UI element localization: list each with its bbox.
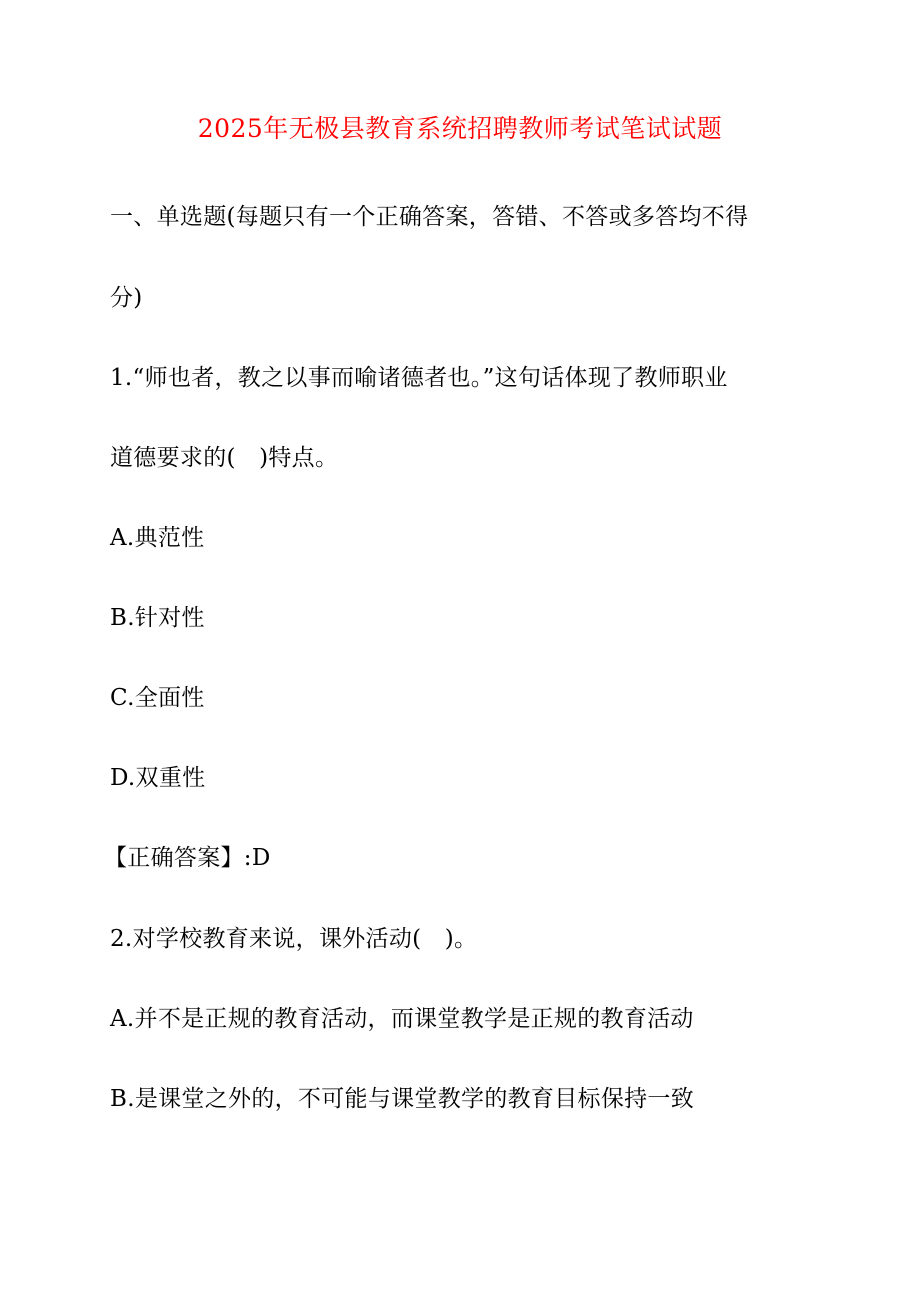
question-2-option-b: B.是课堂之外的，不可能与课堂教学的教育目标保持一致 xyxy=(110,1084,694,1114)
question-1-stem-line2: 道德要求的( )特点。 xyxy=(110,443,338,473)
question-1-stem-line1: 1.“师也者，教之以事而喻诸德者也。”这句话体现了教师职业 xyxy=(110,363,728,393)
question-1-answer: 【正确答案】:D xyxy=(104,843,271,873)
document-title: 2025年无极县教育系统招聘教师考试笔试试题 xyxy=(0,112,920,146)
question-2-option-a: A.并不是正规的教育活动，而课堂教学是正规的教育活动 xyxy=(110,1004,694,1034)
section-heading-line1: 一、单选题(每题只有一个正确答案，答错、不答或多答均不得 xyxy=(110,202,748,232)
question-1-option-c: C.全面性 xyxy=(110,683,205,713)
question-2-stem-line1: 2.对学校教育来说，课外活动( )。 xyxy=(110,924,477,954)
question-1-option-d: D.双重性 xyxy=(110,763,205,793)
section-heading-line2: 分) xyxy=(110,283,143,313)
question-1-option-b: B.针对性 xyxy=(110,603,205,633)
question-1-option-a: A.典范性 xyxy=(110,523,204,553)
